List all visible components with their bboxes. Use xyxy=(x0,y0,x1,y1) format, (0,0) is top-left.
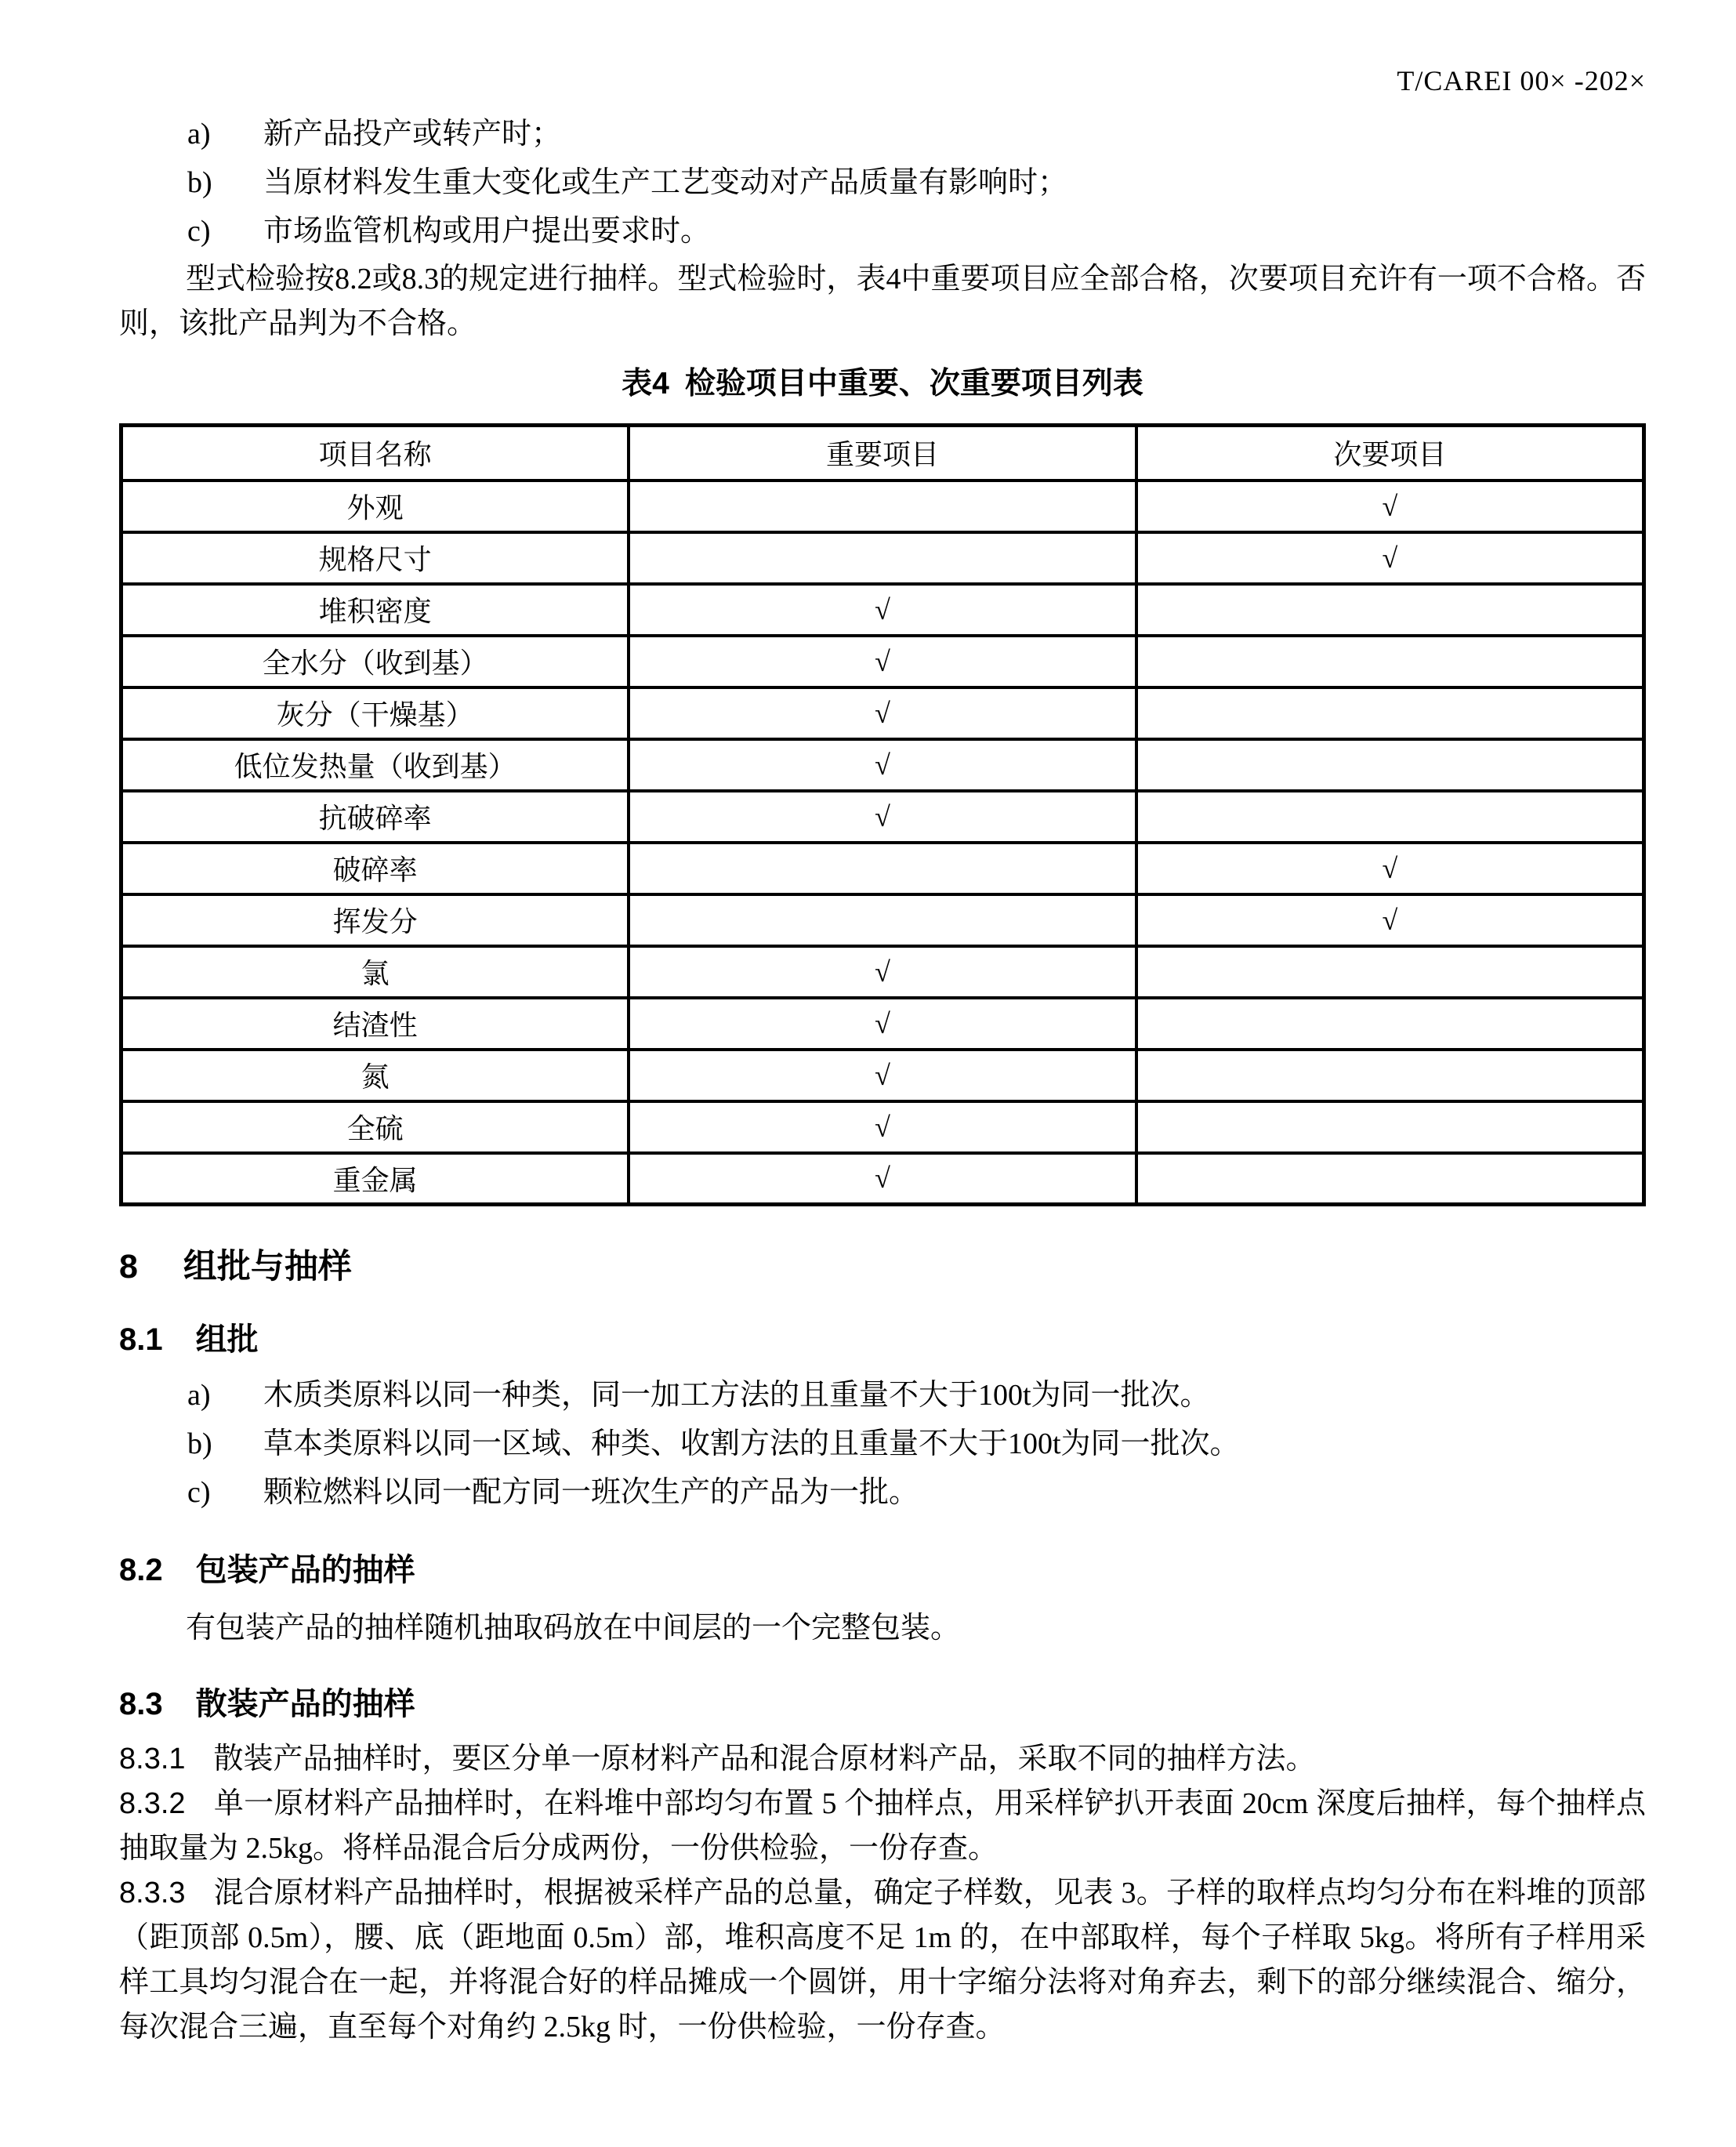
cell-item-name: 破碎率 xyxy=(121,843,629,894)
section-8-3-heading: 8.3散装产品的抽样 xyxy=(119,1685,1646,1723)
cell-secondary: √ xyxy=(1136,481,1644,532)
list-item-text: 草本类原料以同一区域、种类、收割方法的且重量不大于100t为同一批次。 xyxy=(263,1420,1646,1468)
cell-important: √ xyxy=(629,584,1136,636)
section-8-heading: 8组批与抽样 xyxy=(119,1247,1646,1286)
section-8-1-number: 8.1 xyxy=(119,1322,163,1357)
cell-important: √ xyxy=(629,636,1136,687)
paragraph-8-3-3-text: 混合原材料产品抽样时，根据被采样产品的总量，确定子样数，见表 3。子样的取样点均… xyxy=(119,1877,1646,2044)
list-item-text: 木质类原料以同一种类，同一加工方法的且重量不大于100t为同一批次。 xyxy=(263,1371,1646,1420)
cell-secondary xyxy=(1136,584,1644,636)
table-row: 氮 √ xyxy=(121,1050,1644,1101)
section-8-2-number: 8.2 xyxy=(119,1553,163,1587)
table4-caption-text: 检验项目中重要、次重要项目列表 xyxy=(685,367,1143,401)
cell-secondary xyxy=(1136,1153,1644,1205)
list-item-text: 市场监管机构或用户提出要求时。 xyxy=(263,207,1646,256)
cell-item-name: 灰分（干燥基） xyxy=(121,687,629,739)
cell-important xyxy=(629,894,1136,946)
section-8-number: 8 xyxy=(119,1248,138,1286)
paragraph-8-3-3: 8.3.3混合原材料产品抽样时，根据被采样产品的总量，确定子样数，见表 3。子样… xyxy=(119,1871,1646,2050)
cell-item-name: 氯 xyxy=(121,946,629,998)
paragraph-8-3-2: 8.3.2单一原材料产品抽样时，在料堆中部均匀布置 5 个抽样点，用采样铲扒开表… xyxy=(119,1782,1646,1871)
table4-caption: 表4检验项目中重要、次重要项目列表 xyxy=(119,364,1646,404)
cell-secondary xyxy=(1136,739,1644,791)
list-item-label: b) xyxy=(187,158,263,207)
list-item-label: a) xyxy=(187,110,263,158)
cell-item-name: 结渣性 xyxy=(121,998,629,1050)
section-8-1-title: 组批 xyxy=(196,1322,259,1357)
cell-important: √ xyxy=(629,946,1136,998)
cell-important xyxy=(629,843,1136,894)
cell-important: √ xyxy=(629,687,1136,739)
section-8-1-heading: 8.1组批 xyxy=(119,1321,1646,1358)
section-8-title: 组批与抽样 xyxy=(183,1248,352,1286)
list-item: b) 草本类原料以同一区域、种类、收割方法的且重量不大于100t为同一批次。 xyxy=(119,1420,1646,1468)
list-item: c) 市场监管机构或用户提出要求时。 xyxy=(119,207,1646,256)
section-8-3-number: 8.3 xyxy=(119,1687,163,1721)
cell-item-name: 规格尺寸 xyxy=(121,532,629,584)
list-item: b) 当原材料发生重大变化或生产工艺变动对产品质量有影响时； xyxy=(119,158,1646,207)
table-row: 抗破碎率 √ xyxy=(121,791,1644,843)
col-header-important: 重要项目 xyxy=(629,426,1136,481)
cell-important: √ xyxy=(629,1050,1136,1101)
table-row: 堆积密度 √ xyxy=(121,584,1644,636)
type-inspection-paragraph: 型式检验按8.2或8.3的规定进行抽样。型式检验时，表4中重要项目应全部合格，次… xyxy=(119,257,1646,346)
list-item-label: c) xyxy=(187,207,263,256)
cell-item-name: 氮 xyxy=(121,1050,629,1101)
col-header-secondary: 次要项目 xyxy=(1136,426,1644,481)
list-item-text: 新产品投产或转产时； xyxy=(263,110,1646,158)
cell-important: √ xyxy=(629,739,1136,791)
cell-item-name: 全水分（收到基） xyxy=(121,636,629,687)
cell-secondary xyxy=(1136,1050,1644,1101)
table-row: 挥发分 √ xyxy=(121,894,1644,946)
paragraph-8-3-1-number: 8.3.1 xyxy=(119,1743,214,1775)
cell-item-name: 低位发热量（收到基） xyxy=(121,739,629,791)
section-8-2-heading: 8.2包装产品的抽样 xyxy=(119,1551,1646,1589)
table-row: 全硫 √ xyxy=(121,1101,1644,1153)
packaged-sampling-paragraph: 有包装产品的抽样随机抽取码放在中间层的一个完整包装。 xyxy=(119,1606,1646,1651)
cell-important: √ xyxy=(629,791,1136,843)
paragraph-8-3-2-text: 单一原材料产品抽样时，在料堆中部均匀布置 5 个抽样点，用采样铲扒开表面 20c… xyxy=(119,1787,1646,1865)
cell-item-name: 堆积密度 xyxy=(121,584,629,636)
cell-secondary xyxy=(1136,791,1644,843)
list-item: a) 木质类原料以同一种类，同一加工方法的且重量不大于100t为同一批次。 xyxy=(119,1371,1646,1420)
list-item-label: a) xyxy=(187,1371,263,1420)
cell-important: √ xyxy=(629,1153,1136,1205)
cell-secondary xyxy=(1136,687,1644,739)
document-page: T/CAREI 00× -202× a) 新产品投产或转产时； b) 当原材料发… xyxy=(0,0,1736,2147)
bulk-sampling-paragraphs: 8.3.1散装产品抽样时，要区分单一原材料产品和混合原材料产品，采取不同的抽样方… xyxy=(119,1737,1646,2050)
cell-important: √ xyxy=(629,1101,1136,1153)
list-item-label: c) xyxy=(187,1468,263,1517)
cell-item-name: 重金属 xyxy=(121,1153,629,1205)
list-item-text: 当原材料发生重大变化或生产工艺变动对产品质量有影响时； xyxy=(263,158,1646,207)
table-header-row: 项目名称 重要项目 次要项目 xyxy=(121,426,1644,481)
batch-rule-list: a) 木质类原料以同一种类，同一加工方法的且重量不大于100t为同一批次。 b)… xyxy=(119,1371,1646,1517)
list-item-text: 颗粒燃料以同一配方同一班次生产的产品为一批。 xyxy=(263,1468,1646,1517)
standard-number: T/CAREI 00× -202× xyxy=(1397,65,1646,96)
cell-important xyxy=(629,481,1136,532)
cell-secondary: √ xyxy=(1136,894,1644,946)
table-row: 规格尺寸 √ xyxy=(121,532,1644,584)
list-item: a) 新产品投产或转产时； xyxy=(119,110,1646,158)
table-row: 全水分（收到基） √ xyxy=(121,636,1644,687)
cell-secondary xyxy=(1136,998,1644,1050)
list-item: c) 颗粒燃料以同一配方同一班次生产的产品为一批。 xyxy=(119,1468,1646,1517)
cell-item-name: 挥发分 xyxy=(121,894,629,946)
page-header: T/CAREI 00× -202× xyxy=(119,63,1646,99)
table4-inspection-items: 项目名称 重要项目 次要项目 外观 √ 规格尺寸 √ 堆积密度 √ 全 xyxy=(119,423,1646,1206)
cell-item-name: 外观 xyxy=(121,481,629,532)
col-header-item-name: 项目名称 xyxy=(121,426,629,481)
section-8-2-title: 包装产品的抽样 xyxy=(196,1553,415,1587)
cell-secondary xyxy=(1136,1101,1644,1153)
section-8-3-title: 散装产品的抽样 xyxy=(196,1687,415,1721)
type-inspection-condition-list: a) 新产品投产或转产时； b) 当原材料发生重大变化或生产工艺变动对产品质量有… xyxy=(119,110,1646,256)
cell-important xyxy=(629,532,1136,584)
cell-secondary xyxy=(1136,946,1644,998)
table-row: 灰分（干燥基） √ xyxy=(121,687,1644,739)
table-row: 外观 √ xyxy=(121,481,1644,532)
paragraph-8-3-3-number: 8.3.3 xyxy=(119,1877,214,1909)
table-row: 重金属 √ xyxy=(121,1153,1644,1205)
cell-secondary: √ xyxy=(1136,532,1644,584)
paragraph-8-3-2-number: 8.3.2 xyxy=(119,1787,214,1820)
list-item-label: b) xyxy=(187,1420,263,1468)
cell-secondary xyxy=(1136,636,1644,687)
table-row: 低位发热量（收到基） √ xyxy=(121,739,1644,791)
paragraph-8-3-1-text: 散装产品抽样时，要区分单一原材料产品和混合原材料产品，采取不同的抽样方法。 xyxy=(214,1743,1316,1775)
cell-item-name: 抗破碎率 xyxy=(121,791,629,843)
table-row: 破碎率 √ xyxy=(121,843,1644,894)
paragraph-8-3-1: 8.3.1散装产品抽样时，要区分单一原材料产品和混合原材料产品，采取不同的抽样方… xyxy=(119,1737,1646,1782)
table-row: 结渣性 √ xyxy=(121,998,1644,1050)
cell-important: √ xyxy=(629,998,1136,1050)
cell-secondary: √ xyxy=(1136,843,1644,894)
table4-caption-label: 表4 xyxy=(622,367,669,401)
cell-item-name: 全硫 xyxy=(121,1101,629,1153)
table-row: 氯 √ xyxy=(121,946,1644,998)
